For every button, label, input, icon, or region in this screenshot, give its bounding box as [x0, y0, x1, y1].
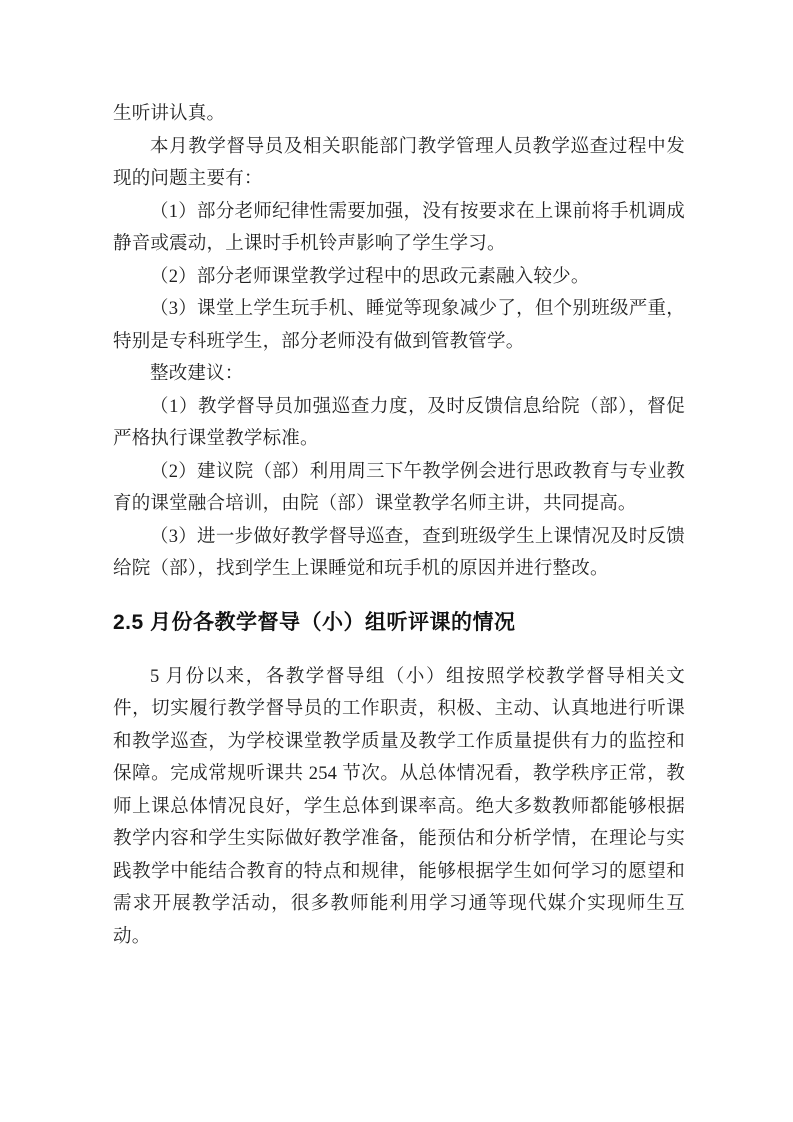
- paragraph: （3）课堂上学生玩手机、睡觉等现象减少了，但个别班级严重，特别是专科班学生，部分…: [113, 293, 685, 358]
- section-heading: 2.5 月份各教学督导（小）组听评课的情况: [113, 608, 685, 638]
- paragraph: （3）进一步做好教学督导巡查，查到班级学生上课情况及时反馈给院（部），找到学生上…: [113, 521, 685, 586]
- paragraph: 本月教学督导员及相关职能部门教学管理人员教学巡查过程中发现的问题主要有：: [113, 131, 685, 196]
- paragraph: 整改建议：: [113, 358, 685, 391]
- page-body: 生听讲认真。本月教学督导员及相关职能部门教学管理人员教学巡查过程中发现的问题主要…: [113, 98, 685, 953]
- paragraph: （1）教学督导员加强巡查力度，及时反馈信息给院（部），督促严格执行课堂教学标准。: [113, 391, 685, 456]
- paragraph: （1）部分老师纪律性需要加强，没有按要求在上课前将手机调成静音或震动，上课时手机…: [113, 196, 685, 261]
- paragraph: （2）建议院（部）利用周三下午教学例会进行思政教育与专业教育的课堂融合培训，由院…: [113, 456, 685, 521]
- paragraph: （2）部分老师课堂教学过程中的思政元素融入较少。: [113, 261, 685, 294]
- paragraph: 5 月份以来，各教学督导组（小）组按照学校教学督导相关文件，切实履行教学督导员的…: [113, 661, 685, 954]
- paragraph: 生听讲认真。: [113, 98, 685, 131]
- document-page: 生听讲认真。本月教学督导员及相关职能部门教学管理人员教学巡查过程中发现的问题主要…: [0, 0, 793, 1122]
